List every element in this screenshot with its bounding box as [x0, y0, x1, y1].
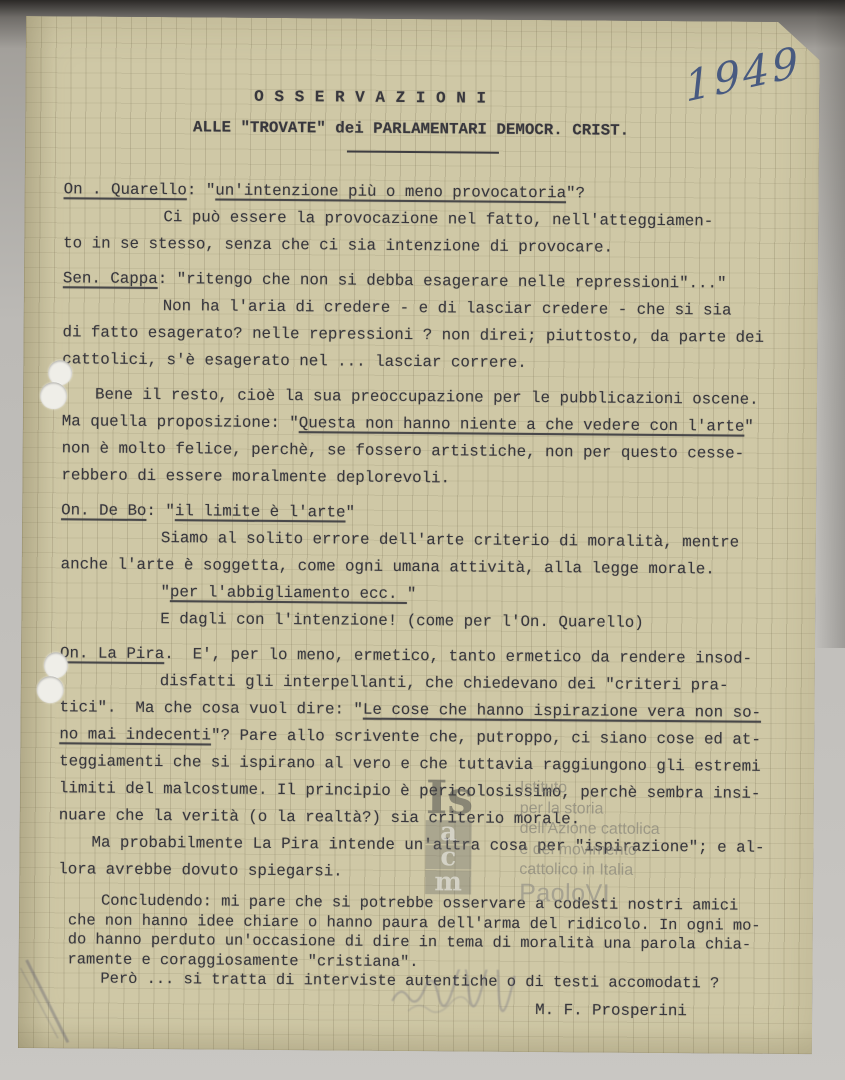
- underlined-text: per l'abbigliamento ecc.: [170, 583, 407, 603]
- typed-line: rebbero di essere moralmente deplorevoli…: [61, 462, 787, 495]
- text-segment: ": [407, 585, 417, 603]
- text-segment: limiti del malcostume. Il principio è pe…: [59, 779, 761, 803]
- paragraph-block: On. La Pira. E', per lo meno, ermetico, …: [58, 640, 786, 889]
- punch-hole: [44, 652, 68, 678]
- underlined-text: Questa non hanno niente a che vedere con…: [299, 414, 745, 435]
- text-segment: Non ha l'aria di credere - e di lasciar …: [163, 297, 732, 319]
- text-segment: E dagli con l'intenzione! (come per l'On…: [160, 610, 644, 632]
- document-title: O S S E R V A Z I O N I: [9, 86, 731, 110]
- text-segment: rebbero di essere moralmente deplorevoli…: [61, 466, 450, 487]
- underlined-text: no mai indecenti: [59, 725, 211, 744]
- typed-line: E dagli con l'intenzione! (come per l'On…: [60, 605, 786, 638]
- text-segment: non è molto felice, perchè, se fossero a…: [62, 439, 745, 462]
- text-segment: : "ritengo che non si debba esagerare ne…: [158, 270, 727, 292]
- text-segment: Siamo al solito errore dell'arte criteri…: [161, 529, 739, 552]
- typed-body: On . Quarello: "un'intenzione più o meno…: [57, 176, 790, 1020]
- text-segment: disfatti gli interpellanti, che chiedeva…: [160, 672, 729, 694]
- text-segment: Ci può essere la provocazione nel fatto,…: [163, 208, 713, 230]
- document-subtitle: ALLE "TROVATE" dei PARLAMENTARI DEMOCR. …: [50, 117, 772, 141]
- paragraph-block: Concludendo: mi pare che si potrebbe oss…: [57, 891, 784, 994]
- paragraph-block: Sen. Cappa: "ritengo che non si debba es…: [62, 265, 789, 379]
- text-segment: lora avrebbe dovuto spiegarsi.: [58, 860, 343, 880]
- text-segment: Bene il resto, cioè la sua preoccupazion…: [95, 386, 759, 409]
- typed-line: lora avrebbe dovuto spiegarsi.: [58, 856, 784, 889]
- punch-hole: [40, 382, 67, 409]
- paper-sheet: 1949 O S S E R V A Z I O N I ALLE "TROVA…: [18, 16, 820, 1054]
- text-segment: cattolici, s'è esagerato nel ... lasciar…: [62, 350, 527, 372]
- text-segment: : ": [146, 502, 175, 520]
- underlined-text: On. De Bo: [61, 501, 146, 520]
- typed-line: to in se stesso, senza che ci sia intenz…: [63, 230, 789, 263]
- underlined-text: On. La Pira: [60, 644, 164, 663]
- text-segment: di fatto esagerato? nelle repressioni ? …: [62, 323, 764, 347]
- underlined-text: un'intenzione più o meno provocatoria: [215, 181, 566, 202]
- paragraph-block: Bene il resto, cioè la sua preoccupazion…: [61, 381, 788, 495]
- punch-hole: [37, 676, 64, 703]
- text-segment: ": [744, 418, 754, 436]
- text-segment: "? Pare allo scrivente che, putroppo, ci…: [211, 726, 761, 748]
- text-segment: anche l'arte è soggetta, come ogni umana…: [61, 555, 715, 578]
- scanned-document: 1949 O S S E R V A Z I O N I ALLE "TROVA…: [0, 0, 845, 1080]
- underlined-text: il limite è l'arte: [175, 502, 346, 521]
- text-segment: to in se stesso, senza che ci sia intenz…: [63, 234, 613, 256]
- underlined-text: Sen. Cappa: [63, 269, 158, 288]
- document-header: O S S E R V A Z I O N I ALLE "TROVATE" d…: [64, 86, 786, 156]
- text-segment: "?: [566, 184, 585, 202]
- underlined-text: Le cose che hanno ispirazione vera non s…: [363, 701, 761, 722]
- signature: M. F. Prosperini: [57, 997, 783, 1021]
- underlined-text: On . Quarello: [64, 180, 187, 199]
- text-segment: ramente e coraggiosamente "cristiana".: [68, 950, 419, 971]
- text-segment: Ma quella proposizione: ": [62, 412, 299, 432]
- text-segment: ": [345, 504, 355, 522]
- paragraph-block: On. De Bo: "il limite è l'arte"Siamo al …: [60, 497, 787, 638]
- typed-line: cattolici, s'è esagerato nel ... lasciar…: [62, 346, 788, 379]
- text-segment: : ": [187, 181, 216, 199]
- text-segment: tici". Ma che cosa vuol dire: ": [60, 698, 363, 718]
- title-rule: [347, 151, 499, 154]
- text-segment: teggiamenti che si ispirano al vero e ch…: [59, 752, 761, 776]
- paragraph-block: On . Quarello: "un'intenzione più o meno…: [63, 176, 790, 263]
- text-segment: . E', per lo meno, ermetico, tanto ermet…: [164, 645, 752, 668]
- text-segment: Però ... si tratta di interviste autenti…: [100, 970, 719, 993]
- text-segment: Ma probabilmente La Pira intende un'altr…: [91, 834, 764, 857]
- text-segment: nuare che la verità (o la realtà?) sia c…: [59, 806, 581, 828]
